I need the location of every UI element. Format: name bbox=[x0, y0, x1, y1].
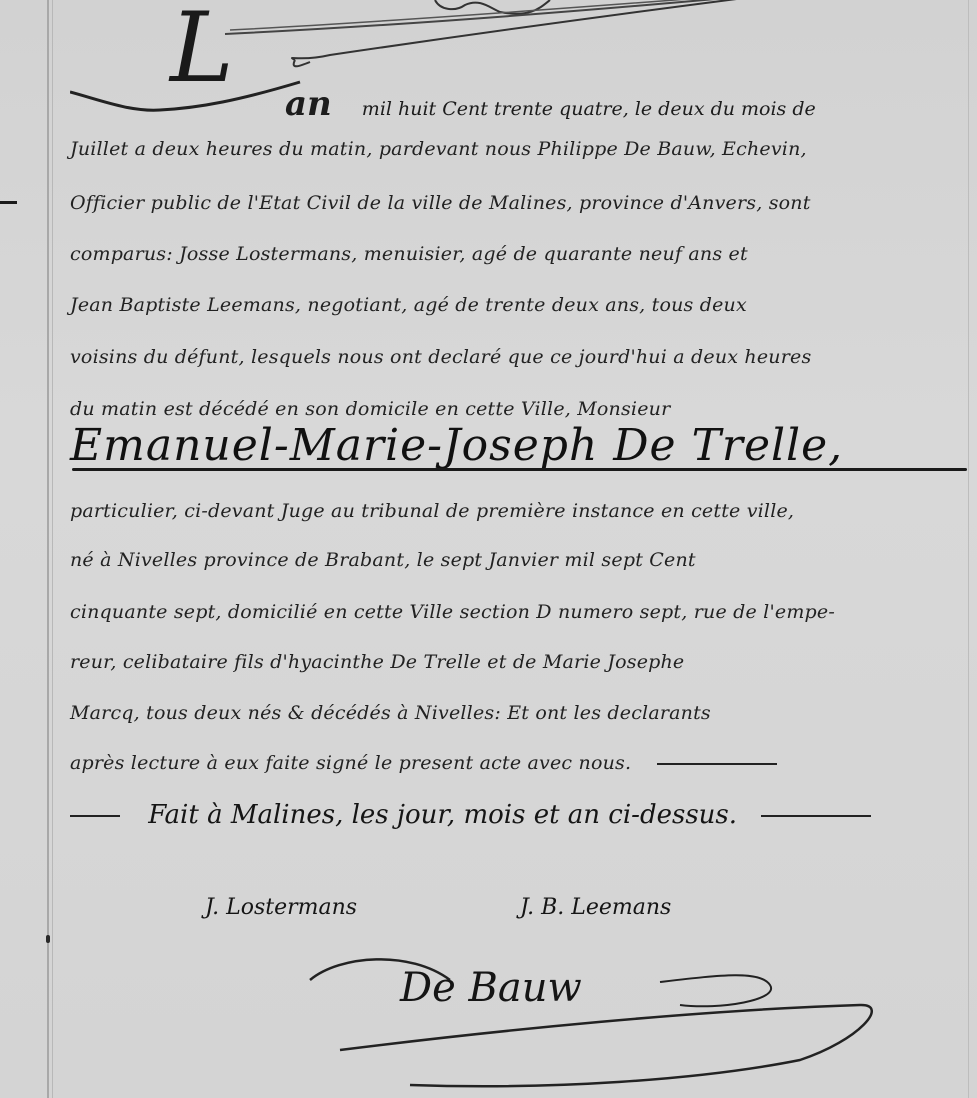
text-line-2: Juillet a deux heures du matin, pardevan… bbox=[70, 138, 970, 160]
line-filler-dash bbox=[761, 815, 871, 817]
signature-declarant-1: J. Lostermans bbox=[205, 895, 357, 920]
text-line-4: comparus: Josse Lostermans, menuisier, a… bbox=[70, 243, 970, 265]
text-line-12: Marcq, tous deux nés & décédés à Nivelle… bbox=[70, 702, 970, 724]
text-line-1: an mil huit Cent trente quatre, le deux … bbox=[285, 84, 816, 124]
ink-blot bbox=[46, 935, 50, 943]
signature-flourish bbox=[300, 940, 880, 1090]
line-filler-dash bbox=[657, 763, 777, 765]
text-line-8: particulier, ci-devant Juge au tribunal … bbox=[70, 500, 970, 522]
signature-declarant-2: J. B. Leemans bbox=[520, 895, 671, 920]
first-word: an bbox=[285, 84, 332, 124]
text-line-10: cinquante sept, domicilié en cette Ville… bbox=[70, 601, 970, 623]
text-line-3: Officier public de l'Etat Civil de la vi… bbox=[70, 192, 970, 214]
initial-swash bbox=[70, 60, 310, 120]
text-line-11: reur, celibataire fils d'hyacinthe De Tr… bbox=[70, 651, 970, 673]
signature-officer: De Bauw bbox=[400, 965, 582, 1011]
name-underline bbox=[72, 468, 967, 471]
text-line-5: Jean Baptiste Leemans, negotiant, agé de… bbox=[70, 294, 970, 316]
text-line-7: du matin est décédé en son domicile en c… bbox=[70, 398, 970, 420]
text-line-9: né à Nivelles province de Brabant, le se… bbox=[70, 549, 970, 571]
closing-statement: après lecture à eux faite signé le prese… bbox=[70, 752, 631, 774]
text-line-13: après lecture à eux faite signé le prese… bbox=[70, 752, 970, 774]
margin-rule bbox=[47, 0, 49, 1098]
first-line-rest: mil huit Cent trente quatre, le deux du … bbox=[362, 98, 816, 120]
margin-rule-inner bbox=[52, 0, 53, 1098]
fait-statement: Fait à Malines, les jour, mois et an ci-… bbox=[148, 800, 737, 830]
scanned-page: L an mil huit Cent trente quatre, le deu… bbox=[0, 0, 977, 1098]
fait-line: Fait à Malines, les jour, mois et an ci-… bbox=[70, 800, 871, 830]
line-filler-dash bbox=[70, 815, 120, 817]
deceased-name: Emanuel-Marie-Joseph De Trelle, bbox=[70, 420, 843, 471]
text-line-6: voisins du défunt, lesquels nous ont dec… bbox=[70, 346, 970, 368]
margin-dash-mark bbox=[0, 201, 17, 204]
